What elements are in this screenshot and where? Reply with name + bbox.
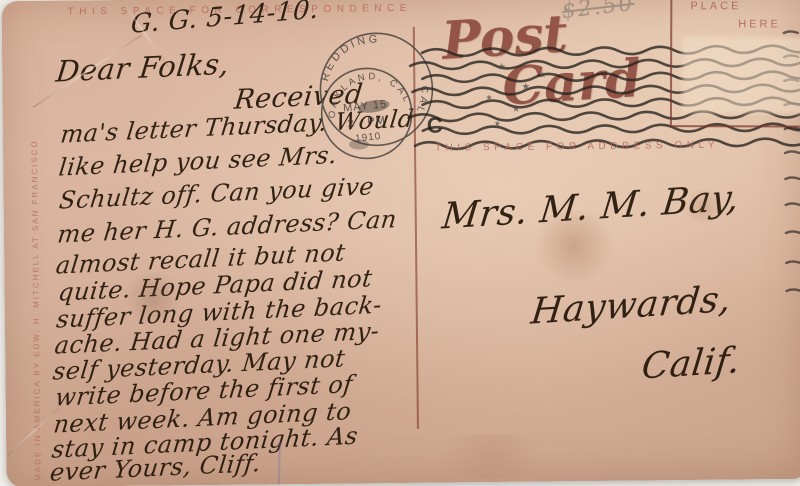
stamp-box: PLACE HERE	[670, 0, 800, 128]
ink-smudge	[349, 139, 369, 149]
stamp-box-place-label: PLACE	[690, 0, 741, 12]
stain-mark	[426, 433, 556, 478]
postmark-time: 2 - PM	[347, 115, 386, 131]
star-icon: ★	[512, 104, 521, 115]
star-icon: ★	[497, 62, 506, 73]
pencil-price-note: $2.50	[560, 0, 635, 24]
message-salutation: Dear Folks,	[54, 47, 231, 89]
removed-stamp-patch	[682, 37, 800, 113]
cancel-letter-c: C	[427, 113, 443, 139]
star-icon: ★	[494, 119, 501, 128]
pencil-stroke-mark	[278, 442, 281, 484]
star-icon: ★	[485, 93, 492, 102]
address-line-state: Calif.	[640, 340, 743, 388]
postcard: THIS SPACE FOR CORRESPONDENCE G. G. 5-14…	[1, 0, 800, 486]
address-line-name: Mrs. M. M. Bay,	[440, 178, 741, 238]
stamp-box-here-label: HERE	[738, 18, 781, 30]
star-icon: ★	[521, 82, 530, 93]
star-icon: ★	[539, 71, 546, 80]
publisher-imprint: MADE IN AMERICA BY EDW. H. MITCHELL AT S…	[29, 57, 42, 481]
address-line-city: Haywards,	[529, 279, 733, 333]
postcard-scan: { "card": { "correspondence_label": "THI…	[0, 0, 800, 486]
